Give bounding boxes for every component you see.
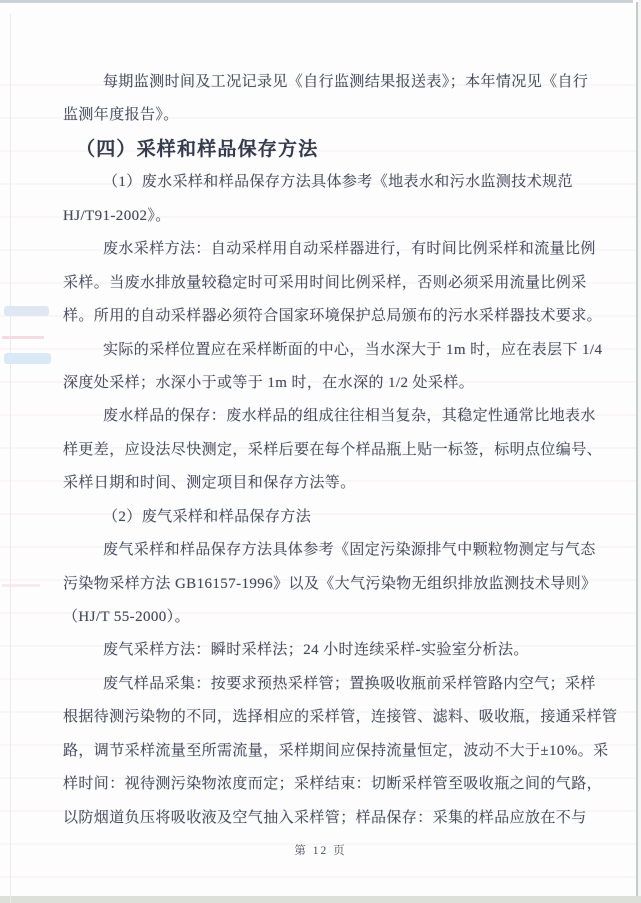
text-line: （HJ/T 55-2000）。 [63,601,608,634]
text-line: 根据待测污染物的不同，选择相应的采样管，连接管、滤料、吸收瓶，接通采样管 [63,701,608,734]
scan-smudge-artifact [2,336,44,339]
scan-smudge-artifact [4,306,49,316]
text-line: HJ/T91-2002》。 [63,200,608,233]
text-line: （2）废气采样和样品保存方法 [63,501,608,534]
text-line: （1）废水采样和样品保存方法具体参考《地表水和污水监测技术规范 [63,166,608,199]
text-line: 废水采样方法：自动采样用自动采样器进行，有时间比例采样和流量比例 [63,233,608,266]
text-line: 样时间：视待测污染物浓度而定；采样结束：切断采样管至吸收瓶之间的气路， [63,768,608,801]
text-line: 路，调节采样流量至所需流量，采样期间应保持流量恒定，波动不大于±10%。采 [63,735,608,768]
text-line: 以防烟道负压将吸收液及空气抽入采样管；样品保存：采集的样品应放在不与 [63,802,608,835]
text-line: 监测年度报告》。 [63,99,608,132]
scan-edge-bottom [0,896,641,903]
scan-edge-right [636,2,638,903]
section-heading: （四）采样和样品保存方法 [63,133,608,166]
scan-edge-top [0,0,633,3]
text-line: 每期监测时间及工况记录见《自行监测结果报送表》；本年情况见《自行 [63,66,608,99]
text-line: 废气采样和样品保存方法具体参考《固定污染源排气中颗粒物测定与气态 [63,534,608,567]
scan-edge-left [10,14,11,903]
text-line: 废水样品的保存：废水样品的组成往往相当复杂，其稳定性通常比地表水 [63,400,608,433]
text-line: 实际的采样位置应在采样断面的中心，当水深大于 1m 时，应在表层下 1/4 [63,334,608,367]
text-line: 废气样品采集：按要求预热采样管；置换吸收瓶前采样管路内空气；采样 [63,668,608,701]
document-body: 每期监测时间及工况记录见《自行监测结果报送表》；本年情况见《自行 监测年度报告》… [63,66,608,835]
text-line: 采样。当废水排放量较稳定时可采用时间比例采样，否则必须采用流量比例采 [63,267,608,300]
scan-smudge-artifact [2,584,40,587]
text-line: 废气采样方法：瞬时采样法；24 小时连续采样-实验室分析法。 [63,634,608,667]
text-line: 污染物采样方法 GB16157-1996》以及《大气污染物无组织排放监测技术导则… [63,568,608,601]
scan-smudge-artifact [4,353,51,364]
text-line: 深度处采样；水深小于或等于 1m 时，在水深的 1/2 处采样。 [63,367,608,400]
document-page: 每期监测时间及工况记录见《自行监测结果报送表》；本年情况见《自行 监测年度报告》… [0,0,641,903]
text-line: 样更差，应设法尽快测定，采样后要在每个样品瓶上贴一标签，标明点位编号、 [63,434,608,467]
text-line: 样。所用的自动采样器必须符合国家环境保护总局颁布的污水采样器技术要求。 [63,300,608,333]
text-line: 采样日期和时间、测定项目和保存方法等。 [63,467,608,500]
page-number: 第 12 页 [0,842,641,858]
